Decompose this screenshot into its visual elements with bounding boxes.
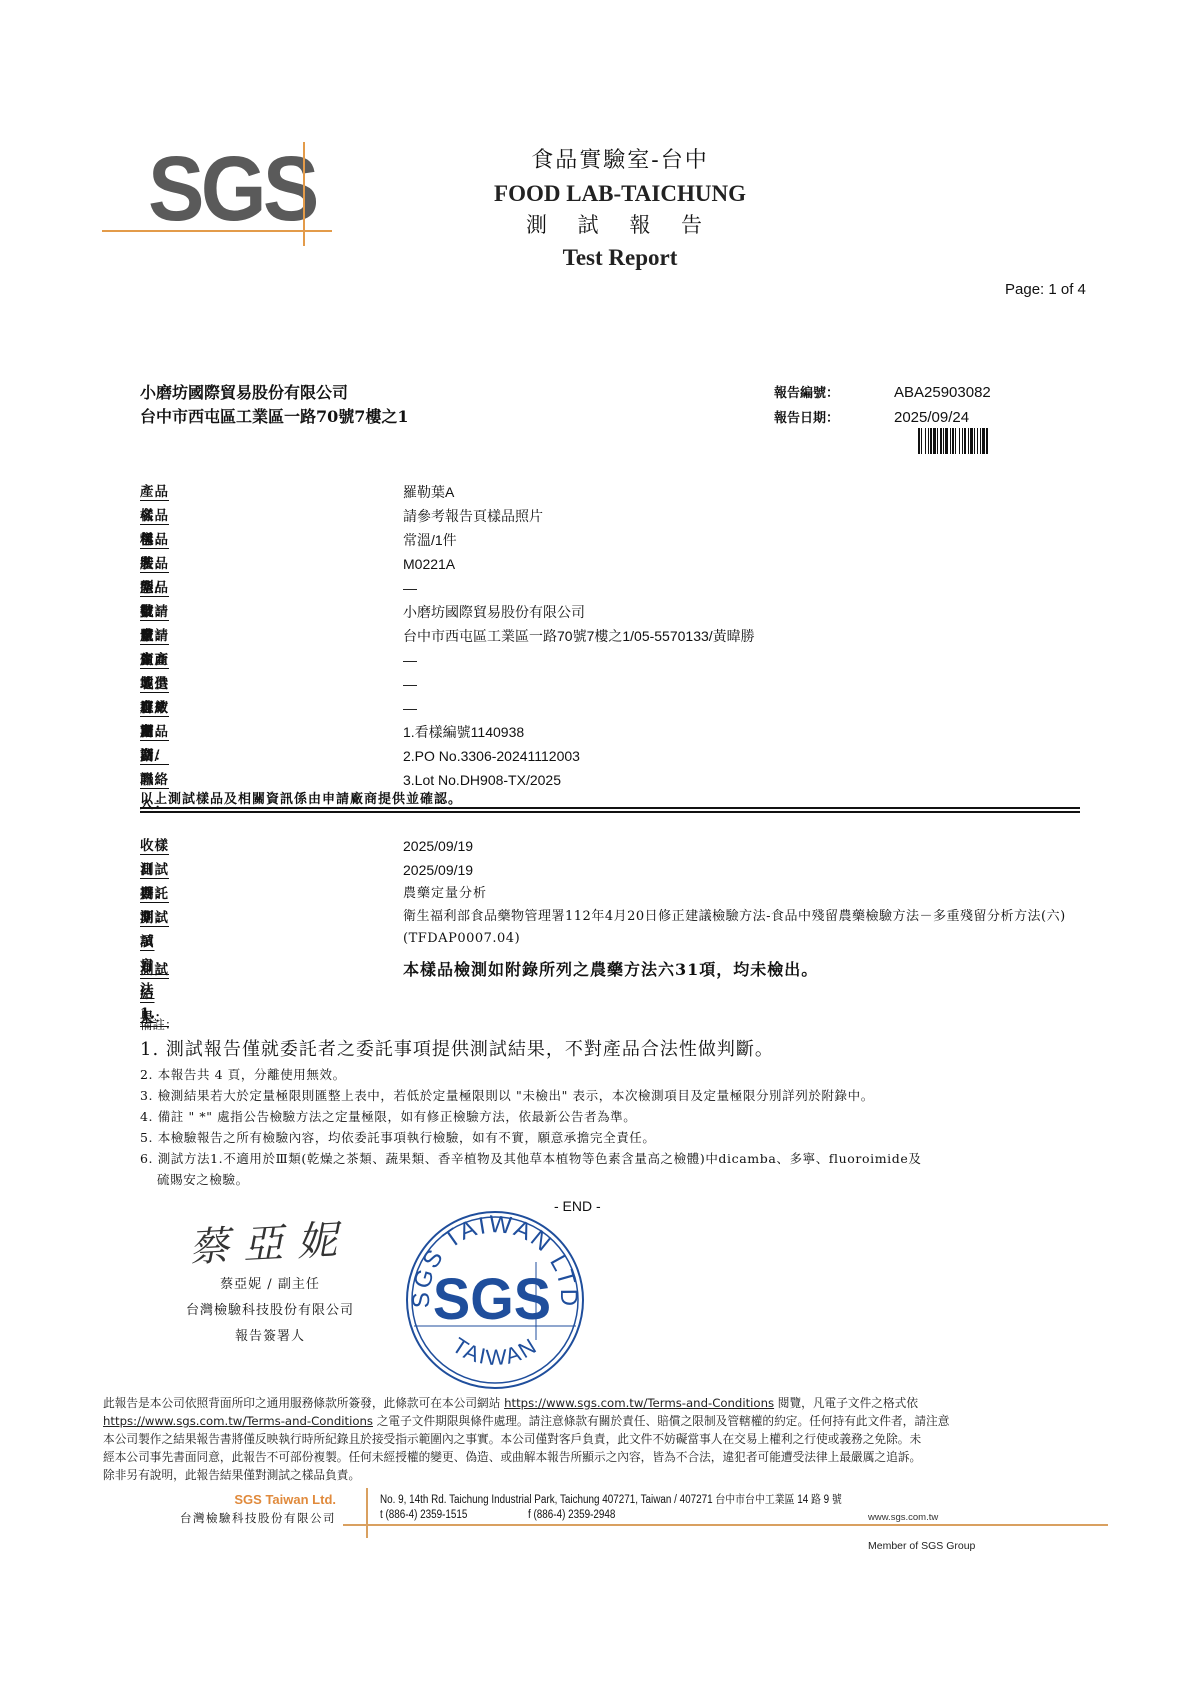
- footer-vertical-rule: [366, 1488, 368, 1538]
- legal-text: 除非另有說明，此報告結果僅對測試之樣品負責。: [103, 1466, 1103, 1484]
- remarks-heading: 備註：: [140, 1014, 921, 1036]
- end-mark: - END -: [554, 1198, 601, 1214]
- footer-company-zh: 台灣檢驗科技股份有限公司: [140, 1509, 336, 1527]
- remark-item: 2. 本報告共 4 頁，分離使用無效。: [140, 1064, 921, 1085]
- client-block: 小磨坊國際貿易股份有限公司 台中市西屯區工業區一路70號7樓之1: [140, 381, 409, 429]
- footer-company: SGS Taiwan Ltd. 台灣檢驗科技股份有限公司: [140, 1491, 336, 1527]
- sample-info-value: —: [403, 648, 417, 672]
- seal-bottom-text: TAIWAN: [448, 1333, 542, 1370]
- handwritten-signature: 蔡亞妮: [169, 1211, 372, 1277]
- sample-info-value: 2.PO No.3306-20241112003: [403, 744, 580, 768]
- legal-text: 本公司製作之結果報告書將僅反映執行時所紀錄且於接受指示範圍內之事實。本公司僅對客…: [103, 1430, 1103, 1448]
- test-method: 衛生福利部食品藥物管理署112年4月20日修正建議檢驗方法-食品中殘留農藥檢驗方…: [403, 906, 1083, 950]
- sample-info-label: 產品資訊：: [140, 720, 169, 792]
- client-name: 小磨坊國際貿易股份有限公司: [140, 381, 409, 405]
- footer-member: Member of SGS Group: [868, 1540, 975, 1552]
- sample-info-value: 1.看樣編號1140938: [403, 720, 524, 744]
- svg-text:TAIWAN: TAIWAN: [448, 1333, 542, 1370]
- legal-text: 閱覽，凡電子文件之格式依: [774, 1396, 918, 1410]
- legal-text: 此報告是本公司依照背面所印之通用服務條款所簽發，此條款可在本公司網站: [103, 1396, 504, 1410]
- received-date: 2025/09/19: [403, 834, 473, 858]
- sgs-logo: SGS: [148, 143, 316, 235]
- barcode: [918, 428, 1064, 454]
- sample-info-value: 常溫/1件: [403, 528, 457, 552]
- sample-info-value: —: [403, 672, 417, 696]
- report-date-label: 報告日期：: [774, 407, 894, 431]
- sample-info-value: 小磨坊國際貿易股份有限公司: [403, 600, 585, 624]
- report-number-label: 報告編號：: [774, 382, 894, 406]
- legal-disclaimer: 此報告是本公司依照背面所印之通用服務條款所簽發，此條款可在本公司網站 https…: [103, 1394, 1103, 1484]
- signer-company: 台灣檢驗科技股份有限公司: [170, 1298, 370, 1324]
- remark-item: 5. 本檢驗報告之所有檢驗內容，均依委託事項執行檢驗，如有不實，願意承擔完全責任…: [140, 1127, 921, 1148]
- sample-info-value: 羅勒葉A: [403, 480, 454, 504]
- client-address: 台中市西屯區工業區一路70號7樓之1: [140, 405, 409, 429]
- sample-info-value: 台中市西屯區工業區一路70號7樓之1/05-5570133/黃暐勝: [403, 624, 755, 648]
- sample-info-value: M0221A: [403, 552, 455, 576]
- logo-horizontal-rule: [102, 230, 332, 232]
- report-number: ABA25903082: [894, 384, 991, 401]
- terms-link[interactable]: https://www.sgs.com.tw/Terms-and-Conditi…: [103, 1414, 373, 1428]
- doc-type-zh: 測 試 報 告: [420, 215, 820, 236]
- sample-info-value: 請參考報告頁樣品照片: [403, 504, 543, 528]
- remarks: 備註： 1. 測試報告僅就委託者之委託事項提供測試結果，不對產品合法性做判斷。 …: [140, 1014, 921, 1190]
- page-number: Page: 1 of 4: [1005, 281, 1086, 298]
- seal-center-text: SGS: [433, 1267, 551, 1333]
- sample-info-value: —: [403, 576, 417, 600]
- report-meta: 報告編號：ABA25903082 報告日期：2025/09/24: [774, 381, 991, 431]
- remark-item: 6. 測試方法1.不適用於Ⅲ類(乾燥之茶類、蔬果類、香辛植物及其他草本植物等色素…: [140, 1148, 921, 1169]
- confirm-note: 以上測試樣品及相關資訊係由申請廠商提供並確認。: [140, 788, 462, 807]
- report-title-block: 食品實驗室-台中 FOOD LAB-TAICHUNG 測 試 報 告 Test …: [420, 150, 820, 269]
- footer-fax: f (886-4) 2359-2948: [528, 1509, 615, 1521]
- footer-address: No. 9, 14th Rd. Taichung Industrial Park…: [380, 1491, 842, 1509]
- test-result: 本樣品檢測如附錄所列之農藥方法六31項，均未檢出。: [403, 958, 818, 982]
- doc-type-en: Test Report: [420, 246, 820, 269]
- remark-item: 1. 測試報告僅就委託者之委託事項提供測試結果，不對產品合法性做判斷。: [140, 1036, 921, 1064]
- footer-website[interactable]: www.sgs.com.tw: [868, 1512, 938, 1523]
- remark-item: 3. 檢測結果若大於定量極限則匯整上表中，若低於定量極限則以 "未檢出" 表示，…: [140, 1085, 921, 1106]
- remark-item: 4. 備註 " *" 處指公告檢驗方法之定量極限，如有修正檢驗方法，依最新公告者…: [140, 1106, 921, 1127]
- signer-role: 報告簽署人: [170, 1324, 370, 1350]
- remark-item-continued: 硫賜安之檢驗。: [140, 1169, 921, 1190]
- lab-name-en: FOOD LAB-TAICHUNG: [420, 182, 820, 205]
- test-item: 農藥定量分析: [403, 882, 487, 906]
- test-date: 2025/09/19: [403, 858, 473, 882]
- logo-vertical-rule: [303, 142, 305, 246]
- legal-text: 之電子文件期限與條件處理。請注意條款有關於責任、賠償之限制及管轄權的約定。任何持…: [373, 1414, 949, 1428]
- signer-name-title: 蔡亞妮 / 副主任: [170, 1272, 370, 1298]
- report-date: 2025/09/24: [894, 409, 969, 426]
- sample-info-value: —: [403, 696, 417, 720]
- footer-horizontal-rule: [343, 1524, 1108, 1526]
- terms-link[interactable]: https://www.sgs.com.tw/Terms-and-Conditi…: [504, 1396, 774, 1410]
- sgs-taiwan-seal: SGS TAIWAN LTD TAIWAN SGS: [400, 1200, 590, 1390]
- section-divider-second: [140, 811, 1080, 813]
- lab-name-zh: 食品實驗室-台中: [420, 150, 820, 172]
- footer-tel: t (886-4) 2359-1515: [380, 1509, 467, 1521]
- section-divider: [140, 807, 1080, 809]
- footer-company-en: SGS Taiwan Ltd.: [140, 1491, 336, 1509]
- legal-text: 經本公司事先書面同意，此報告不可部份複製。任何未經授權的變更、偽造、或曲解本報告…: [103, 1448, 1103, 1466]
- signature-block: 蔡亞妮 蔡亞妮 / 副主任 台灣檢驗科技股份有限公司 報告簽署人: [170, 1216, 370, 1350]
